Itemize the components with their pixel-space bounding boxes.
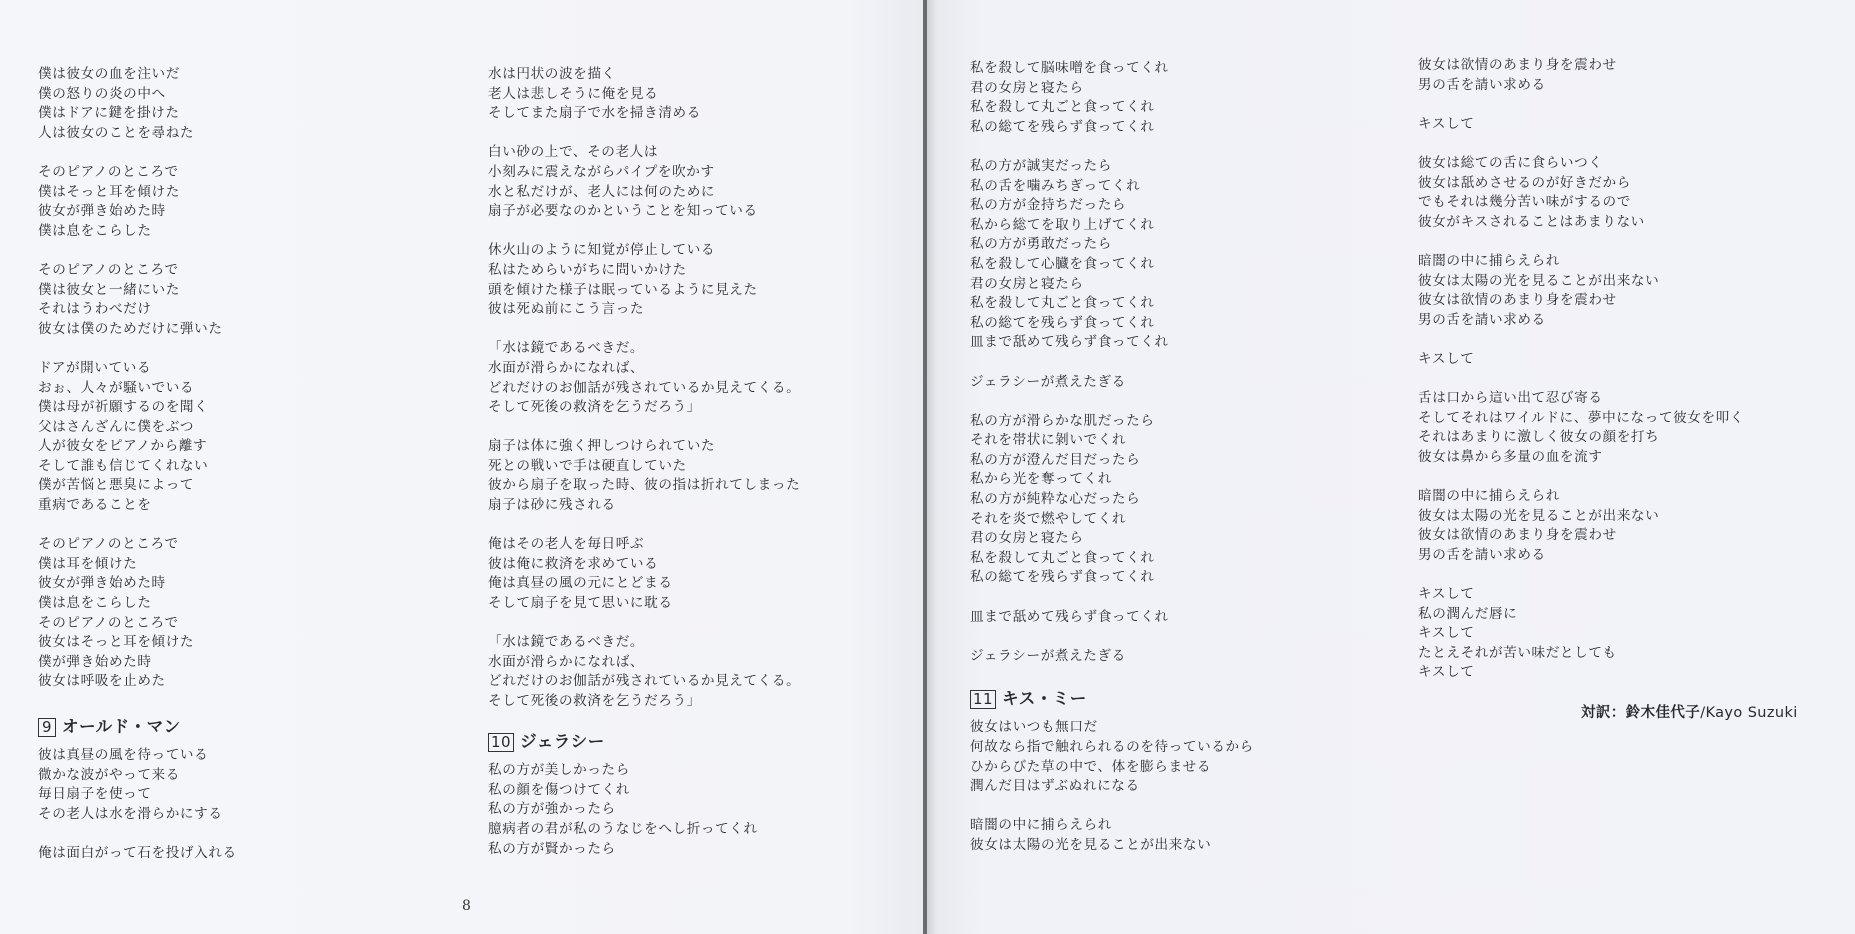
- lyric-line: 重病であることを: [38, 496, 237, 516]
- lyric-line: 僕は母が祈願するのを聞く: [38, 398, 237, 418]
- lyric-line: 彼女は舐めさせるのが好きだから: [1418, 174, 1744, 194]
- stanza: ジェラシーが煮えたぎる: [970, 647, 1254, 667]
- lyric-line: 私の舌を噛みちぎってくれ: [970, 177, 1254, 197]
- lyric-line: ジェラシーが煮えたぎる: [970, 647, 1254, 667]
- lyric-line: 白い砂の上で、その老人は: [488, 143, 800, 163]
- lyric-line: 微かな波がやって来る: [38, 766, 237, 786]
- lyric-line: 彼女は太陽の光を見ることが出来ない: [1418, 507, 1744, 527]
- track-number-box: 11: [970, 690, 996, 709]
- lyric-line: 僕は彼女の血を注いだ: [38, 65, 237, 85]
- lyric-line: そして扇子を見て思いに耽る: [488, 594, 800, 614]
- lyric-line: 彼は死ぬ前にこう言った: [488, 300, 800, 320]
- lyric-line: 水面が滑らかになれば、: [488, 359, 800, 379]
- lyric-line: 水と私だけが、老人には何のために: [488, 183, 800, 203]
- lyric-line: キスして: [1418, 585, 1744, 605]
- lyric-line: 老人は悲しそうに俺を見る: [488, 85, 800, 105]
- lyric-line: そのピアノのところで: [38, 261, 237, 281]
- lyric-line: 扇子は体に強く押しつけられていた: [488, 437, 800, 457]
- lyric-line: それはあまりに激しく彼女の顔を打ち: [1418, 428, 1744, 448]
- lyric-line: 彼女はそっと耳を傾けた: [38, 633, 237, 653]
- lyric-line: 毎日扇子を使って: [38, 785, 237, 805]
- lyric-line: 彼女は鼻から多量の血を流す: [1418, 448, 1744, 468]
- left-column-2: 水は円状の波を描く老人は悲しそうに俺を見るそしてまた扇子で水を掃き清める白い砂の…: [488, 65, 800, 859]
- lyric-line: そして死後の救済を乞うだろう」: [488, 398, 800, 418]
- stanza: キスして: [1418, 350, 1744, 370]
- lyric-line: 私を殺して脳味噌を食ってくれ: [970, 59, 1254, 79]
- stanza: そのピアノのところで僕は彼女と一緒にいたそれはうわべだけ彼女は僕のためだけに弾い…: [38, 261, 237, 339]
- lyric-line: 彼は真昼の風を待っている: [38, 746, 237, 766]
- stanza: 休火山のように知覚が停止している私はためらいがちに問いかけた頭を傾けた様子は眠っ…: [488, 241, 800, 319]
- lyric-line: 扇子が必要なのかということを知っている: [488, 202, 800, 222]
- right-column-1: 私を殺して脳味噌を食ってくれ君の女房と寝たら私を殺して丸ごと食ってくれ私の総てを…: [970, 59, 1254, 856]
- lyric-line: 彼女はいつも無口だ: [970, 718, 1254, 738]
- lyric-line: 死との戦いで手は硬直していた: [488, 457, 800, 477]
- lyric-line: 私の総てを残らず食ってくれ: [970, 118, 1254, 138]
- lyric-line: それを帯状に剝いでくれ: [970, 431, 1254, 451]
- right-page: 私を殺して脳味噌を食ってくれ君の女房と寝たら私を殺して丸ごと食ってくれ私の総てを…: [927, 0, 1855, 934]
- lyric-line: 扇子は砂に残される: [488, 496, 800, 516]
- lyric-line: 彼は俺に救済を求めている: [488, 555, 800, 575]
- lyric-line: 俺はその老人を毎日呼ぶ: [488, 535, 800, 555]
- lyric-line: ジェラシーが煮えたぎる: [970, 373, 1254, 393]
- stanza: 暗闇の中に捕らえられ彼女は太陽の光を見ることが出来ない彼女は欲情のあまり身を震わ…: [1418, 252, 1744, 330]
- lyric-line: 僕は彼女と一緒にいた: [38, 281, 237, 301]
- left-page: 僕は彼女の血を注いだ僕の怒りの炎の中へ僕はドアに鍵を掛けた人は彼女のことを尋ねた…: [0, 0, 924, 934]
- lyric-line: それを炎で燃やしてくれ: [970, 510, 1254, 530]
- lyric-line: 僕はドアに鍵を掛けた: [38, 104, 237, 124]
- stanza: 暗闇の中に捕らえられ彼女は太陽の光を見ることが出来ない: [970, 816, 1254, 855]
- lyric-line: そしてまた扇子で水を掃き清める: [488, 104, 800, 124]
- song-heading: 11キス・ミー: [970, 688, 1254, 710]
- lyric-line: 彼女が弾き始めた時: [38, 574, 237, 594]
- stanza: 私の方が誠実だったら私の舌を噛みちぎってくれ私の方が金持ちだったら私から総てを取…: [970, 157, 1254, 353]
- lyric-line: 小刻みに震えながらパイプを吹かす: [488, 163, 800, 183]
- lyric-line: 俺は真昼の風の元にとどまる: [488, 574, 800, 594]
- lyric-line: 人が彼女をピアノから離す: [38, 437, 237, 457]
- lyric-line: キスして: [1418, 115, 1744, 135]
- lyric-line: 私の方が賢かったら: [488, 840, 800, 860]
- lyric-line: 君の女房と寝たら: [970, 529, 1254, 549]
- stanza: 舌は口から這い出て忍び寄るそしてそれはワイルドに、夢中になって彼女を叩くそれはあ…: [1418, 389, 1744, 467]
- lyric-line: どれだけのお伽話が残されているか見えてくる。: [488, 379, 800, 399]
- stanza: ドアが開いているおぉ、人々が騒いでいる僕は母が祈願するのを聞く父はさんざんに僕を…: [38, 359, 237, 516]
- lyric-line: 私の方が美しかったら: [488, 761, 800, 781]
- lyric-line: 私を殺して丸ごと食ってくれ: [970, 98, 1254, 118]
- stanza: そのピアノのところで僕はそっと耳を傾けた彼女が弾き始めた時僕は息をこらした: [38, 163, 237, 241]
- lyric-line: 私の方が勇敢だったら: [970, 235, 1254, 255]
- lyric-line: 皿まで舐めて残らず食ってくれ: [970, 333, 1254, 353]
- lyric-line: そして誰も信じてくれない: [38, 457, 237, 477]
- stanza: 彼女は欲情のあまり身を震わせ男の舌を請い求める: [1418, 56, 1744, 95]
- stanza: 私の方が滑らかな肌だったらそれを帯状に剝いでくれ私の方が澄んだ目だったら私から光…: [970, 412, 1254, 588]
- lyric-line: 私の方が誠実だったら: [970, 157, 1254, 177]
- stanza: 扇子は体に強く押しつけられていた死との戦いで手は硬直していた彼から扇子を取った時…: [488, 437, 800, 515]
- lyric-line: 臆病者の君が私のうなじをへし折ってくれ: [488, 820, 800, 840]
- page-number: 8: [462, 898, 471, 914]
- lyric-line: 君の女房と寝たら: [970, 79, 1254, 99]
- stanza: 俺はその老人を毎日呼ぶ彼は俺に救済を求めている俺は真昼の風の元にとどまるそして扇…: [488, 535, 800, 613]
- stanza: 彼女はいつも無口だ何故なら指で触れられるのを待っているからひからびた草の中で、体…: [970, 718, 1254, 796]
- lyric-line: 僕が弾き始めた時: [38, 653, 237, 673]
- lyric-line: 私を殺して心臓を食ってくれ: [970, 255, 1254, 275]
- lyric-line: 彼から扇子を取った時、彼の指は折れてしまった: [488, 476, 800, 496]
- lyric-line: 彼女は総ての舌に食らいつく: [1418, 154, 1744, 174]
- stanza: 彼は真昼の風を待っている微かな波がやって来る毎日扇子を使ってその老人は水を滑らか…: [38, 746, 237, 824]
- lyric-line: 水は円状の波を描く: [488, 65, 800, 85]
- spine-shadow: [927, 0, 937, 934]
- lyric-line: そのピアノのところで: [38, 535, 237, 555]
- lyric-line: 僕はそっと耳を傾けた: [38, 183, 237, 203]
- stanza: 暗闇の中に捕らえられ彼女は太陽の光を見ることが出来ない彼女は欲情のあまり身を震わ…: [1418, 487, 1744, 565]
- lyric-line: 私を殺して丸ごと食ってくれ: [970, 294, 1254, 314]
- stanza: 俺は面白がって石を投げ入れる: [38, 844, 237, 864]
- lyric-line: 私の総てを残らず食ってくれ: [970, 314, 1254, 334]
- stanza: 「水は鏡であるべきだ。水面が滑らかになれば、どれだけのお伽話が残されているか見え…: [488, 633, 800, 711]
- lyric-line: キスして: [1418, 350, 1744, 370]
- lyric-line: ドアが開いている: [38, 359, 237, 379]
- stanza: 彼女は総ての舌に食らいつく彼女は舐めさせるのが好きだからでもそれは幾分苦い味がす…: [1418, 154, 1744, 232]
- lyric-line: 君の女房と寝たら: [970, 275, 1254, 295]
- lyric-line: 休火山のように知覚が停止している: [488, 241, 800, 261]
- lyric-line: 私の顔を傷つけてくれ: [488, 781, 800, 801]
- stanza: 水は円状の波を描く老人は悲しそうに俺を見るそしてまた扇子で水を掃き清める: [488, 65, 800, 124]
- lyric-line: そのピアノのところで: [38, 614, 237, 634]
- lyric-line: 男の舌を請い求める: [1418, 311, 1744, 331]
- lyric-line: 彼女は呼吸を止めた: [38, 672, 237, 692]
- lyric-line: 彼女がキスされることはあまりない: [1418, 213, 1744, 233]
- credit-latin: /Kayo Suzuki: [1700, 705, 1798, 721]
- lyric-line: そのピアノのところで: [38, 163, 237, 183]
- stanza: 僕は彼女の血を注いだ僕の怒りの炎の中へ僕はドアに鍵を掛けた人は彼女のことを尋ねた: [38, 65, 237, 143]
- stanza: 「水は鏡であるべきだ。水面が滑らかになれば、どれだけのお伽話が残されているか見え…: [488, 339, 800, 417]
- lyric-line: 彼女は太陽の光を見ることが出来ない: [1418, 272, 1744, 292]
- track-number-box: 9: [38, 718, 56, 737]
- lyric-line: 頭を傾けた様子は眠っているように見えた: [488, 281, 800, 301]
- lyric-line: 暗闇の中に捕らえられ: [1418, 487, 1744, 507]
- lyric-line: 私の潤んだ唇に: [1418, 605, 1744, 625]
- lyric-line: おぉ、人々が騒いでいる: [38, 379, 237, 399]
- lyric-line: 私から総てを取り上げてくれ: [970, 216, 1254, 236]
- lyric-line: 私から光を奪ってくれ: [970, 470, 1254, 490]
- lyric-line: でもそれは幾分苦い味がするので: [1418, 193, 1744, 213]
- lyric-line: 彼女が弾き始めた時: [38, 202, 237, 222]
- lyric-line: たとえそれが苦い味だとしても: [1418, 644, 1744, 664]
- stanza: 私を殺して脳味噌を食ってくれ君の女房と寝たら私を殺して丸ごと食ってくれ私の総てを…: [970, 59, 1254, 137]
- stanza: 皿まで舐めて残らず食ってくれ: [970, 608, 1254, 628]
- lyric-line: 彼女は僕のためだけに弾いた: [38, 320, 237, 340]
- lyric-line: 暗闇の中に捕らえられ: [1418, 252, 1744, 272]
- stanza: キスして私の潤んだ唇にキスしてたとえそれが苦い味だとしてもキスして: [1418, 585, 1744, 683]
- lyric-line: その老人は水を滑らかにする: [38, 805, 237, 825]
- stanza: 私の方が美しかったら私の顔を傷つけてくれ私の方が強かったら臆病者の君が私のうなじ…: [488, 761, 800, 859]
- lyric-line: キスして: [1418, 663, 1744, 683]
- lyric-line: 私の方が澄んだ目だったら: [970, 451, 1254, 471]
- song-title: キス・ミー: [1002, 688, 1087, 710]
- lyric-line: 私を殺して丸ごと食ってくれ: [970, 549, 1254, 569]
- lyric-line: 僕の怒りの炎の中へ: [38, 85, 237, 105]
- lyric-line: 舌は口から這い出て忍び寄る: [1418, 389, 1744, 409]
- song-heading: 9オールド・マン: [38, 716, 237, 738]
- lyric-line: 彼女は欲情のあまり身を震わせ: [1418, 526, 1744, 546]
- song-heading: 10ジェラシー: [488, 731, 800, 753]
- lyric-line: 人は彼女のことを尋ねた: [38, 124, 237, 144]
- track-number-box: 10: [488, 733, 514, 752]
- lyric-line: 暗闇の中に捕らえられ: [970, 816, 1254, 836]
- lyric-line: 彼女は太陽の光を見ることが出来ない: [970, 836, 1254, 856]
- lyric-line: そしてそれはワイルドに、夢中になって彼女を叩く: [1418, 409, 1744, 429]
- lyric-line: 彼女は欲情のあまり身を震わせ: [1418, 291, 1744, 311]
- lyric-line: どれだけのお伽話が残されているか見えてくる。: [488, 672, 800, 692]
- stanza: そのピアノのところで僕は耳を傾けた彼女が弾き始めた時僕は息をこらしたそのピアノの…: [38, 535, 237, 692]
- lyric-line: 私はためらいがちに問いかけた: [488, 261, 800, 281]
- lyric-line: 私の方が金持ちだったら: [970, 196, 1254, 216]
- lyric-line: 僕は息をこらした: [38, 594, 237, 614]
- translator-credit: 対訳：鈴木佳代子/Kayo Suzuki: [1581, 701, 1798, 722]
- credit-label: 対訳：鈴木佳代子: [1581, 705, 1700, 721]
- lyric-line: 「水は鏡であるべきだ。: [488, 633, 800, 653]
- stanza: ジェラシーが煮えたぎる: [970, 373, 1254, 393]
- lyric-line: 彼女は欲情のあまり身を震わせ: [1418, 56, 1744, 76]
- lyric-line: 潤んだ目はずぶぬれになる: [970, 777, 1254, 797]
- lyric-line: 私の方が強かったら: [488, 800, 800, 820]
- lyric-line: 皿まで舐めて残らず食ってくれ: [970, 608, 1254, 628]
- lyric-line: それはうわべだけ: [38, 300, 237, 320]
- lyric-line: 男の舌を請い求める: [1418, 76, 1744, 96]
- stanza: 白い砂の上で、その老人は小刻みに震えながらパイプを吹かす水と私だけが、老人には何…: [488, 143, 800, 221]
- lyric-line: 私の方が純粋な心だったら: [970, 490, 1254, 510]
- lyric-line: ひからびた草の中で、体を膨らませる: [970, 758, 1254, 778]
- right-column-2: 彼女は欲情のあまり身を震わせ男の舌を請い求めるキスして彼女は総ての舌に食らいつく…: [1418, 56, 1744, 683]
- lyric-line: 何故なら指で触れられるのを待っているから: [970, 738, 1254, 758]
- lyric-line: 「水は鏡であるべきだ。: [488, 339, 800, 359]
- lyric-line: 俺は面白がって石を投げ入れる: [38, 844, 237, 864]
- song-title: オールド・マン: [62, 716, 181, 738]
- song-title: ジェラシー: [520, 731, 605, 753]
- lyric-line: 男の舌を請い求める: [1418, 546, 1744, 566]
- lyric-line: キスして: [1418, 624, 1744, 644]
- lyric-line: 私の総てを残らず食ってくれ: [970, 568, 1254, 588]
- stanza: キスして: [1418, 115, 1744, 135]
- lyric-line: 私の方が滑らかな肌だったら: [970, 412, 1254, 432]
- lyric-line: 僕は耳を傾けた: [38, 555, 237, 575]
- lyric-line: 父はさんざんに僕をぶつ: [38, 418, 237, 438]
- left-column-1: 僕は彼女の血を注いだ僕の怒りの炎の中へ僕はドアに鍵を掛けた人は彼女のことを尋ねた…: [38, 65, 237, 864]
- lyric-line: 僕は息をこらした: [38, 222, 237, 242]
- lyric-line: そして死後の救済を乞うだろう」: [488, 692, 800, 712]
- lyric-line: 水面が滑らかになれば、: [488, 653, 800, 673]
- lyric-line: 僕が苦悩と悪臭によって: [38, 476, 237, 496]
